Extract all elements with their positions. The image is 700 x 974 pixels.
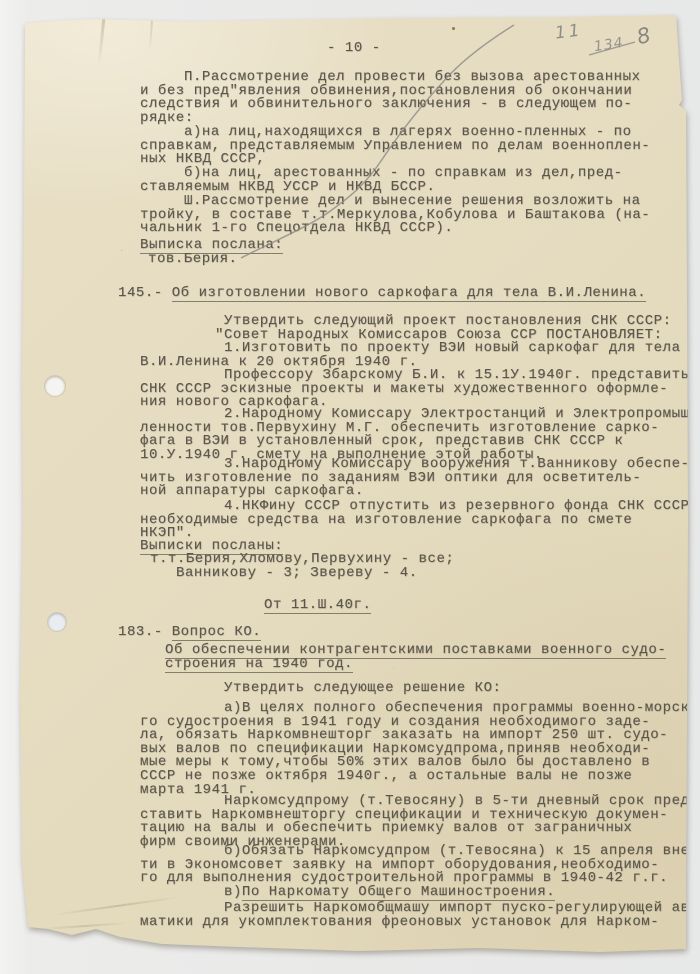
typed-line: 145.- Об изготовлении нового саркофага д… [118, 287, 700, 301]
extract-sent-heading: Выписка послана: [0, 239, 700, 253]
paper-crease [98, 18, 106, 64]
typed-line: тов.Берия. [148, 253, 700, 267]
typed-text: тов.Берия. [148, 251, 238, 267]
paper-sheet-wrap: - 10 - П.Рассмотрение дел провести без в… [0, 0, 700, 974]
typed-line: матики для укомплектования фреоновых уст… [140, 916, 700, 930]
item-145-point-3: 3.Народному Комиссару вооружения т.Ванни… [0, 458, 700, 499]
typed-text: следствия и обвинительного заключения - … [140, 96, 632, 112]
punch-hole [48, 613, 66, 631]
typed-text: 145.- [118, 285, 172, 301]
extract-sent-name: тов.Берия. [0, 253, 700, 267]
item-145-point-1b: Профессору Збарскому Б.И. к 15.1У.1940г.… [0, 369, 700, 410]
item-183-point-v: в)По Наркомату Общего Машиностроения. [0, 886, 700, 900]
typed-text: матики для укомплектования фреоновых уст… [140, 914, 659, 930]
typed-text: в) [224, 884, 242, 900]
item-183-point-a2: Наркомсудпрому (т.Тевосяну) в 5-ти дневн… [0, 795, 700, 849]
punch-hole [45, 376, 65, 396]
typed-text: чальник 1-го Спецотдела НКВД СССР). [140, 220, 453, 236]
item-II-resolution: П.Рассмотрение дел провести без вызова а… [0, 71, 700, 125]
item-183-subtitle: Об обеспечении контрагентскими поставкам… [0, 644, 700, 671]
extracts-sent-names: т.т.Берия,Хломову,Первухину - все;Ванник… [0, 553, 700, 580]
typed-line: чальник 1-го Спецотдела НКВД СССР). [140, 222, 700, 236]
underlined-text: По Наркомату Общего Машиностроения. [242, 884, 555, 901]
typed-line: строения на 1940 год. [165, 658, 700, 672]
item-183-preamble: Утвердить следующее решение КО: [0, 682, 700, 696]
item-145-title: 145.- Об изготовлении нового саркофага д… [0, 287, 700, 301]
typed-line: Утвердить следующее решение КО: [224, 682, 700, 696]
underlined-text: строения на 1940 год. [165, 656, 353, 673]
typed-text: Ванникову - 3; Звереву - 4. [176, 565, 418, 581]
handwritten-mark-11: 11 [554, 20, 584, 43]
item-183-point-b: б)Обязать Наркомсудпром (т.Тевосяна) к 1… [0, 845, 700, 886]
paper-sheet: - 10 - П.Рассмотрение дел провести без в… [0, 0, 700, 974]
item-II-point-b: б)на лиц, арестованных - по справкам из … [0, 167, 700, 194]
item-183-point-a: а)В целях полного обеспечения программы … [0, 702, 700, 797]
item-II-point-a: а)на лиц,находящихся в лагерях военно-пл… [0, 126, 700, 167]
typed-line: От 11.Ш.40г. [264, 599, 700, 613]
handwritten-mark-134: 134 [593, 35, 625, 55]
typed-line: ной аппаратуры саркофага. [140, 485, 700, 499]
item-145-point-2: 2.Народному Комиссару Электростанций и Э… [0, 408, 700, 462]
scanned-document-page: - 10 - П.Рассмотрение дел провести без в… [0, 0, 700, 974]
typed-text: ной аппаратуры саркофага. [140, 483, 364, 499]
underlined-text: От 11.Ш.40г. [264, 597, 371, 614]
typed-line: следствия и обвинительного заключения - … [140, 98, 700, 112]
underlined-text: Вопрос КО. [172, 624, 262, 641]
handwritten-mark-8: 8 [634, 23, 653, 50]
paper-crease [149, 18, 153, 52]
typed-text: необходимые средства на изготовление сар… [140, 512, 632, 528]
typed-line: необходимые средства на изготовление сар… [140, 514, 700, 528]
typed-line: 183.- Вопрос КО. [118, 626, 700, 640]
typed-text: Утвердить следующее решение КО: [224, 680, 502, 696]
date-heading: От 11.Ш.40г. [0, 599, 700, 613]
page-number: - 10 - [327, 40, 381, 56]
typed-line: в)По Наркомату Общего Машиностроения. [224, 886, 700, 900]
item-145-point-4: 4.НКФину СССР отпустить из резервного фо… [0, 500, 700, 541]
item-183-point-v2: Разрешить Наркомобщмашу импорт пуско-рег… [0, 902, 700, 929]
underlined-text: Об изготовлении нового саркофага для тел… [172, 285, 646, 302]
paper-speck [452, 27, 455, 30]
item-183-title: 183.- Вопрос КО. [0, 626, 700, 640]
item-145-point-1: 1.Изготовить по проекту ВЭИ новый саркоф… [0, 342, 700, 369]
item-III-troika: Ш.Рассмотрение дел и вынесение решения в… [0, 195, 700, 236]
typed-text: 183.- [118, 624, 172, 640]
item-145-preamble: Утвердить следующий проект постановления… [0, 315, 700, 342]
typed-line: Ванникову - 3; Звереву - 4. [176, 567, 700, 581]
